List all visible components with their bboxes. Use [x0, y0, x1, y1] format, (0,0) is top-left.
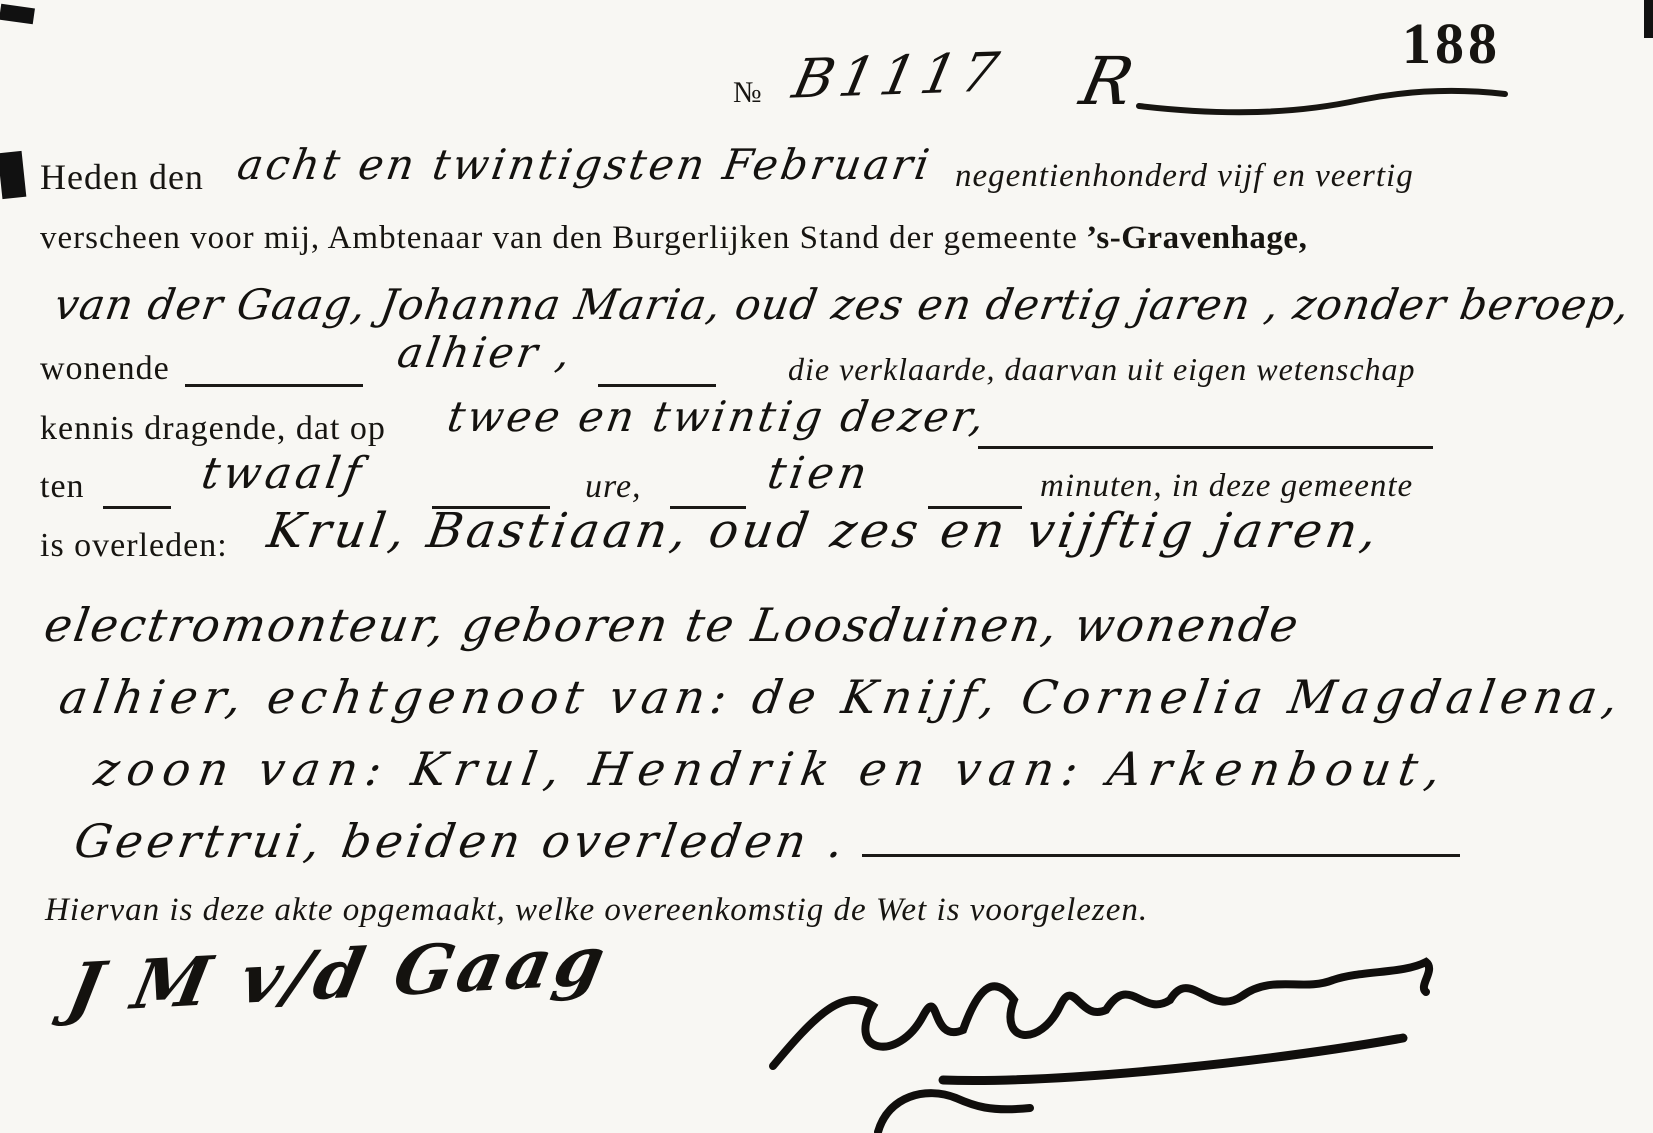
label-kennis-dragende: kennis dragende, dat op [40, 410, 386, 447]
paraph-flourish-line [1135, 82, 1510, 120]
field-occupation-birthplace-handwritten: electromonteur, geboren te Loosduinen, w… [41, 600, 1303, 651]
field-hour-handwritten: twaalf [198, 450, 368, 498]
label-verscheen: verscheen voor mij, Ambtenaar van den Bu… [40, 220, 1078, 256]
label-year-printed: negentienhonderd vijf en veertig [955, 158, 1414, 194]
scan-artifact [0, 4, 35, 25]
scan-artifact [0, 151, 26, 199]
label-minuten-gemeente: minuten, in deze gemeente [1040, 468, 1413, 504]
scan-artifact [1644, 0, 1653, 38]
field-declarant-handwritten: van der Gaag, Johanna Maria, oud zes en … [51, 282, 1633, 328]
field-minutes-handwritten: tien [764, 450, 874, 498]
field-parents-handwritten: zoon van: Krul, Hendrik en van: Arkenbou… [91, 744, 1452, 795]
blank-line [598, 384, 716, 387]
label-wonende: wonende [40, 350, 170, 387]
act-number-label: № [733, 76, 763, 109]
line-verscheen: verscheen voor mij, Ambtenaar van den Bu… [40, 220, 1307, 256]
field-date-handwritten: acht en twintigsten Februari [234, 142, 935, 188]
label-gemeente: ’s-Gravenhage, [1086, 220, 1307, 256]
field-deceased-handwritten: Krul, Bastiaan, oud zes en vijftig jaren… [264, 505, 1385, 558]
official-signature-scribble [758, 948, 1458, 1088]
blank-line [185, 384, 363, 387]
label-ten: ten [40, 468, 85, 505]
field-death-date-handwritten: twee en twintig dezer, [444, 394, 990, 440]
paraph-initial: R [1074, 46, 1139, 119]
label-ure: ure, [585, 468, 642, 505]
field-spouse-handwritten: alhier, echtgenoot van: de Knijf, Cornel… [56, 672, 1627, 723]
declarant-signature: J M v/d Gaag [62, 924, 615, 1027]
label-heden-den: Heden den [40, 158, 204, 198]
death-certificate-page: 188 № B1117 R Heden den acht en twintigs… [0, 0, 1653, 1133]
act-number: B1117 [788, 42, 1010, 109]
field-residence-handwritten: alhier , [394, 330, 576, 376]
label-is-overleden: is overleden: [40, 527, 228, 564]
blank-line [862, 854, 1460, 857]
page-number: 188 [1402, 12, 1501, 76]
label-verklaarde: die verklaarde, daarvan uit eigen wetens… [788, 352, 1416, 387]
partial-signature-mark [860, 1082, 1045, 1133]
field-mother-handwritten: Geertrui, beiden overleden . [71, 816, 851, 867]
blank-line [978, 446, 1433, 449]
blank-line [103, 506, 171, 509]
